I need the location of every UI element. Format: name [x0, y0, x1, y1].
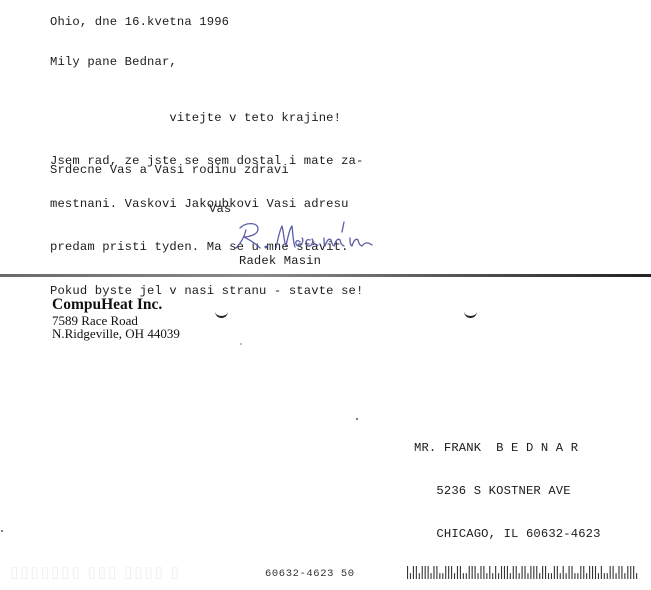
show-through-text: ▯▯▯▯▯▯▯ ▯▯▯ ▯▯▯▯ ▯ [10, 563, 181, 582]
signer-name: Radek Masin [239, 254, 321, 268]
recipient-address: MR. FRANK B E D N A R 5236 S KOSTNER AVE… [414, 412, 601, 556]
body-line: mestnani. Vaskovi Jakoubkovi Vasi adresu [50, 197, 363, 211]
sender-company: CompuHeat Inc. [52, 296, 162, 314]
letter-salutation: Mily pane Bednar, [50, 55, 177, 69]
recipient-street: 5236 S KOSTNER AVE [414, 484, 601, 498]
postal-barcode [407, 566, 639, 579]
postal-code-print: 60632-4623 50 [265, 567, 355, 581]
letter-body: vitejte v teto krajine! Jsem rad, ze jst… [50, 82, 363, 313]
fold-divider [0, 274, 651, 277]
handwritten-signature [232, 218, 392, 254]
recipient-name: MR. FRANK B E D N A R [414, 441, 601, 455]
speck [1, 530, 3, 532]
letter-sign-off: Vas [209, 202, 231, 216]
punch-hole-mark-icon [464, 310, 477, 318]
punch-hole-mark-icon [215, 310, 228, 318]
sender-city-line: N.Ridgeville, OH 44039 [52, 326, 180, 342]
letter-date: Ohio, dne 16.kvetna 1996 [50, 15, 229, 29]
body-line: vitejte v teto krajine! [50, 111, 363, 125]
speck [240, 343, 242, 345]
speck [356, 418, 358, 420]
recipient-city-line: CHICAGO, IL 60632-4623 [414, 527, 601, 541]
letter-closing: Srdecne Vas a Vasi rodinu zdravi [50, 163, 289, 177]
